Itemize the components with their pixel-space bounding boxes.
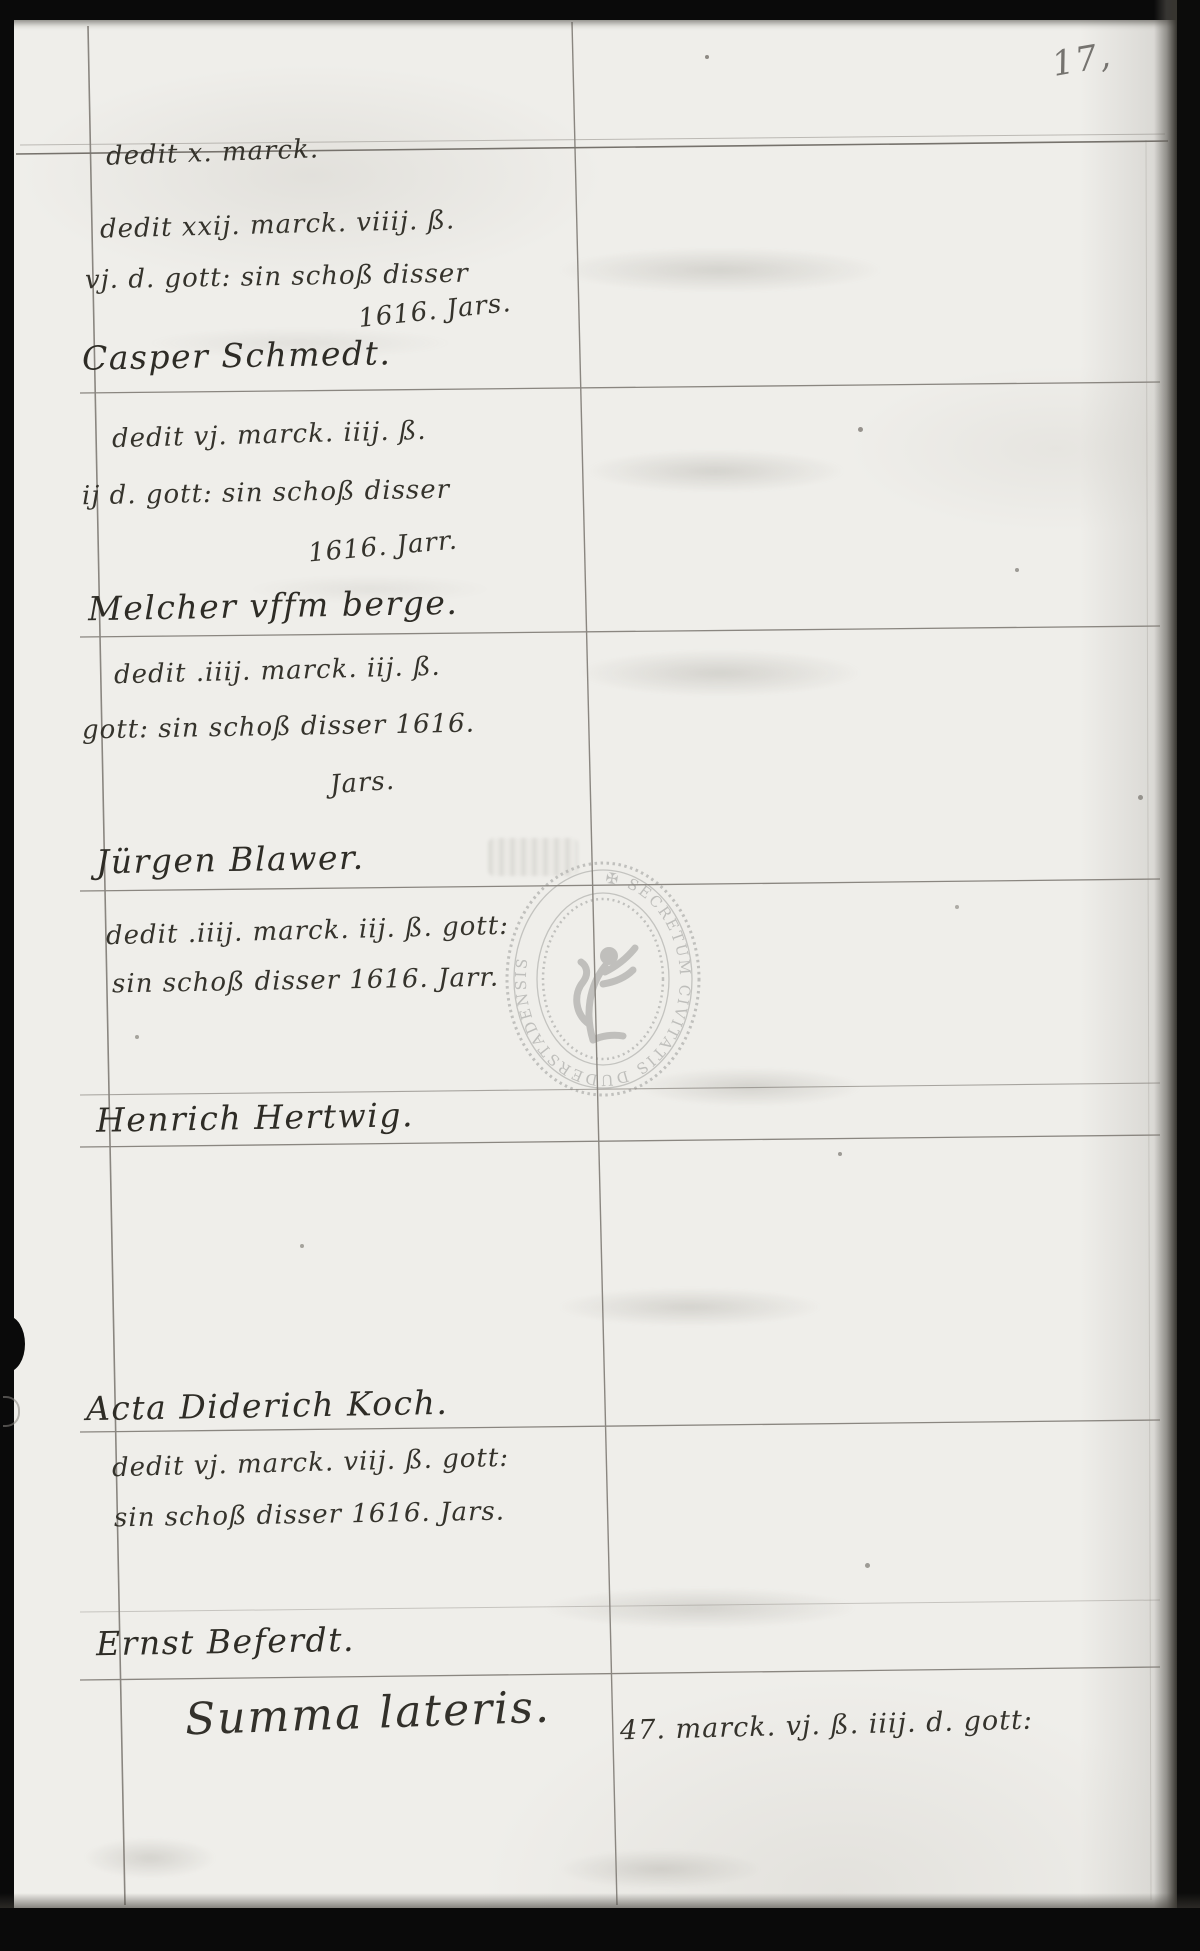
bleed-through-mark: [85, 1838, 215, 1878]
paper-speck: [705, 55, 709, 59]
scan-edge-left: [0, 0, 14, 1951]
paper-speck: [1015, 568, 1019, 572]
entry-heading: Jürgen Blawer.: [96, 838, 365, 882]
entry-line: sin schoß disser 1616. Jars.: [114, 1497, 505, 1534]
entry-heading: Acta Diderich Koch.: [86, 1383, 449, 1428]
entry-line: dedit xxij. marck. viiij. ß.: [100, 205, 456, 244]
entry-line: ij d. gott: sin schoß disser: [82, 475, 451, 511]
paper-speck: [838, 1152, 842, 1156]
paper-speck: [300, 1244, 304, 1248]
bleed-through-mark: [580, 650, 860, 696]
bleed-through-mark: [560, 1288, 820, 1326]
summa-amount: 47. marck. vj. ß. iiij. d. gott:: [620, 1705, 1034, 1747]
summa-label: Summa lateris.: [184, 1682, 551, 1746]
ledger-rule-row: [80, 1667, 1160, 1680]
bleed-through-mark: [588, 450, 843, 492]
folio-number: 17,: [1049, 35, 1115, 85]
entry-line: sin schoß disser 1616. Jarr.: [112, 963, 500, 1000]
paper-speck: [135, 1035, 139, 1039]
paper-speck: [955, 905, 959, 909]
paper-speck: [865, 1563, 870, 1568]
entry-line: dedit vj. marck. iiij. ß.: [112, 416, 427, 454]
page-edge-mark: [3, 1396, 20, 1427]
binding-clip: [0, 1316, 25, 1372]
ledger-rule-vertical-right: [1146, 140, 1151, 1900]
bleed-through-mark: [545, 1588, 855, 1628]
page-edge-shading: [1154, 0, 1177, 1951]
scan-edge-top: [0, 0, 1200, 20]
page-bottom-shadow: [0, 1893, 1200, 1908]
city-seal-stamp: ✠ SECRETUM CIVITATIS DUDERSTADENSIS: [496, 852, 710, 1106]
entry-line: dedit .iiij. marck. iij. ß.: [114, 652, 441, 691]
bleed-through-mark: [560, 248, 880, 292]
entry-line: Jars.: [329, 766, 396, 800]
entry-line: 1616. Jarr.: [307, 526, 459, 569]
ledger-rule-row: [80, 382, 1160, 393]
entry-line: gott: sin schoß disser 1616.: [82, 709, 475, 746]
scan-edge-right: [1177, 0, 1200, 1951]
seal-legend-text: ✠ SECRETUM CIVITATIS DUDERSTADENSIS: [512, 869, 694, 1090]
paper-speck: [1138, 795, 1143, 800]
scan-edge-bottom: [0, 1908, 1200, 1951]
entry-line: vj. d. gott: sin schoß disser: [85, 259, 469, 296]
entry-line: dedit .iiij. marck. iij. ß. gott:: [106, 911, 510, 952]
entry-heading: Casper Schmedt.: [82, 333, 392, 377]
lion-rampant-icon: [577, 947, 635, 1040]
entry-heading: Melcher vffm berge.: [88, 583, 459, 628]
paper-speck: [858, 427, 863, 432]
entry-line: dedit vj. marck. viij. ß. gott:: [112, 1443, 510, 1483]
entry-heading: Ernst Beferdt.: [96, 1620, 356, 1664]
entry-heading: Henrich Hertwig.: [96, 1095, 415, 1140]
entry-line: dedit x. marck.: [106, 134, 320, 171]
ledger-rule-row: [80, 626, 1160, 637]
bleed-through-mark: [560, 1850, 760, 1888]
manuscript-page: ✠ SECRETUM CIVITATIS DUDERSTADENSIS 17, …: [0, 0, 1200, 1951]
entry-line: 1616. Jars.: [357, 288, 513, 334]
